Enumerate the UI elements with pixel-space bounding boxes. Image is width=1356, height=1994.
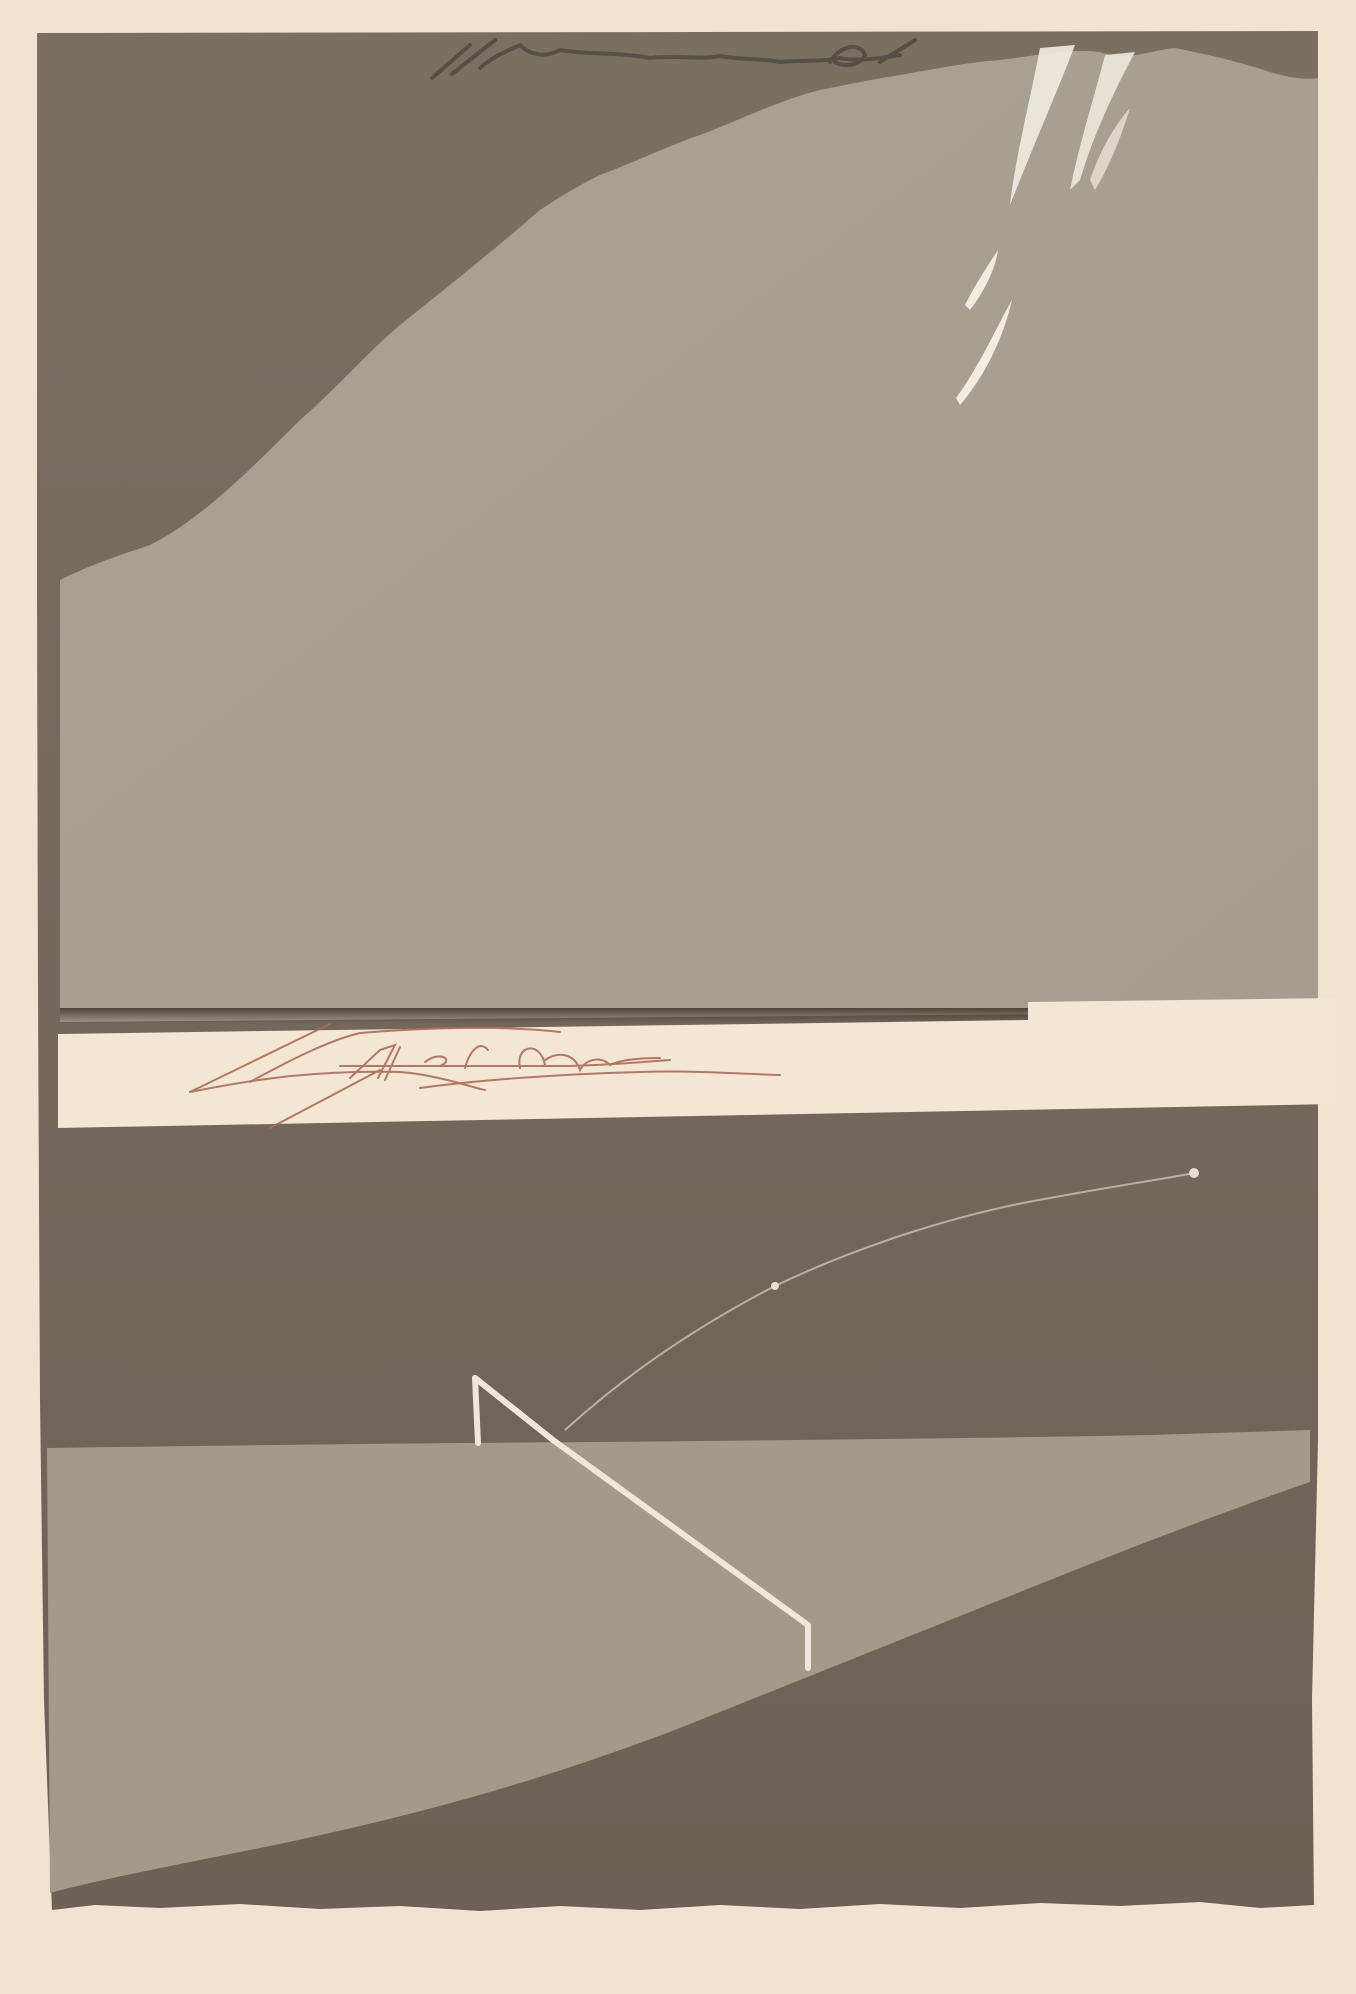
strip-shadow xyxy=(60,1008,1028,1024)
artwork-stage: Torn gray paper collage on dark brown-gr… xyxy=(0,0,1356,1994)
collage-artwork xyxy=(0,0,1356,1994)
